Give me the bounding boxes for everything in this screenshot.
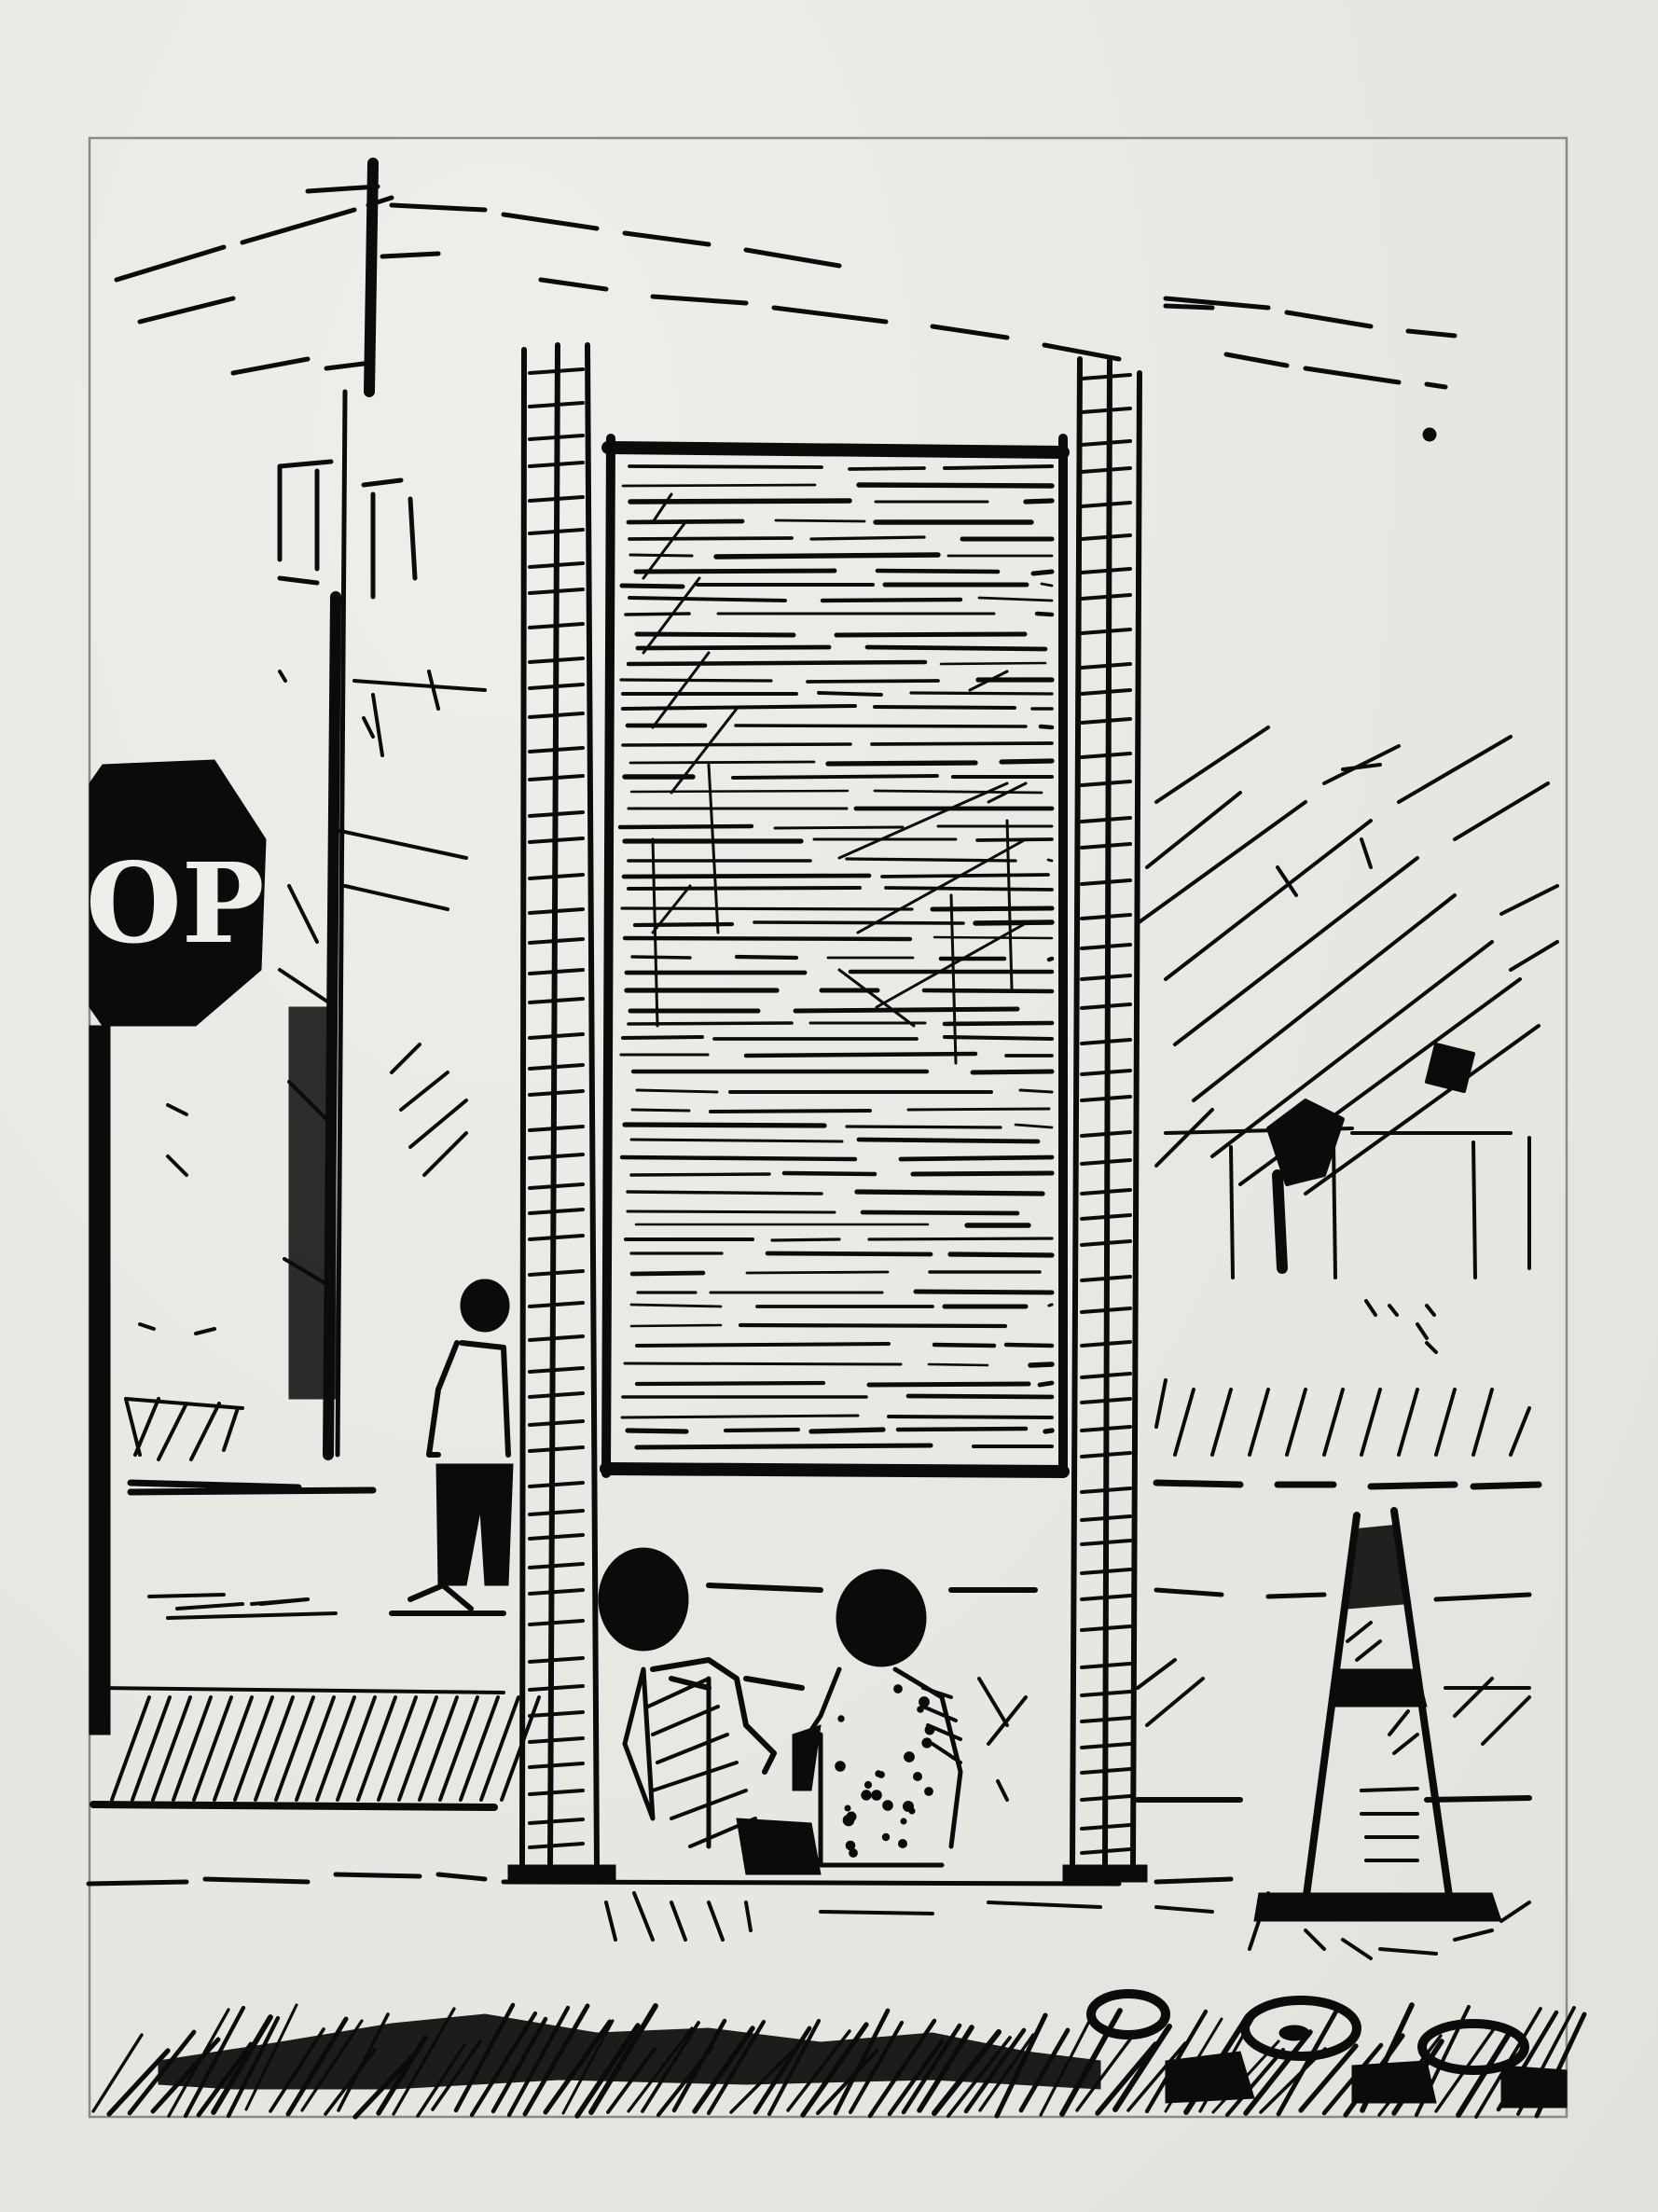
street-lines-right — [1138, 1380, 1539, 1800]
ink-dot — [1423, 428, 1436, 441]
utility-pole — [233, 163, 485, 1455]
pedestrian — [392, 1279, 513, 1613]
sidewalk-hatching-left — [93, 1595, 539, 1807]
foreground-grass — [93, 1994, 1584, 2117]
tree — [1138, 727, 1557, 1352]
ink-drawing: OP — [0, 0, 1658, 2212]
traffic-cone — [1250, 1511, 1529, 1958]
child-right — [793, 1569, 960, 1865]
children — [599, 1548, 960, 1874]
child-left — [599, 1548, 821, 1874]
ground-line — [89, 1874, 1231, 1940]
stop-sign: OP — [86, 760, 266, 1735]
billboard — [508, 345, 1147, 1884]
overhead-wires — [117, 198, 1455, 387]
stop-sign-text: OP — [86, 838, 265, 968]
